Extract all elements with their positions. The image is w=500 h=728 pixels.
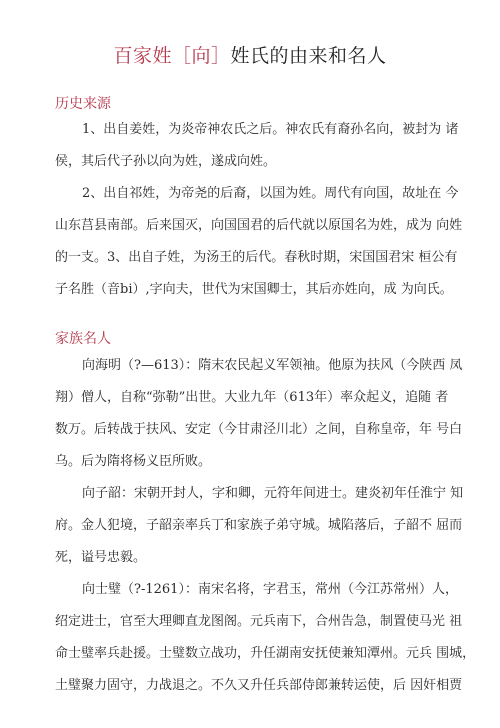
text-line: 2、出自祁姓，为帝尧的后裔，以国为姓。周代有向国，故址在 今: [55, 178, 433, 210]
section-heading-history: 历史来源: [55, 95, 111, 113]
title-accent: 百家姓［向］: [113, 45, 230, 67]
page-title: 百家姓［向］姓氏的由来和名人: [0, 44, 500, 68]
paragraph-origin-1: 1、出自姜姓，为炎帝神农氏之后。神农氏有裔孙名向，被封为 诸 侯，其后代子孙以向…: [55, 114, 433, 178]
text-line: 的一支。3、出自子姓，为汤王的后代。春秋时期，宋国国君宋 桓公有: [55, 242, 433, 274]
title-rest: 姓氏的由来和名人: [231, 45, 387, 67]
text-line: 山东莒县南部。后来国灭，向国国君的后代就以原国名为姓，成为 向姓: [55, 210, 433, 242]
paragraph-xiang-haiming: 向海明（?—613）：隋末农民起义军领袖。他原为扶风（今陕西 凤 翔）僧人，自称…: [55, 350, 433, 478]
text-line: 向海明（?—613）：隋末农民起义军领袖。他原为扶风（今陕西 凤: [55, 350, 433, 382]
text-line: 数万。后转战于扶风、安定（今甘肃泾川北）之间，自称皇帝，年 号白: [55, 414, 433, 446]
text-line: 侯，其后代子孙以向为姓，遂成向姓。: [55, 146, 433, 178]
text-line: 命士璧率兵赴援。士璧数立战功，升任湖南安抚使兼知潭州。元兵 围城，: [55, 638, 433, 670]
text-line: 向士璧（?-1261）：南宋名将，字君玉，常州（今江苏常州）人，: [55, 574, 433, 606]
paragraph-xiang-shibi: 向士璧（?-1261）：南宋名将，字君玉，常州（今江苏常州）人， 绍定进士，官至…: [55, 574, 433, 702]
text-line: 子名胜（音bi）,字向夫，世代为宋国卿士，其后亦姓向，成 为向氏。: [55, 274, 433, 306]
document-page: 百家姓［向］姓氏的由来和名人 历史来源 1、出自姜姓，为炎帝神农氏之后。神农氏有…: [0, 0, 500, 728]
text-line: 翔）僧人，自称“弥勒”出世。大业九年（613年）率众起义，追随 者: [55, 382, 433, 414]
section-heading-notables: 家族名人: [55, 330, 111, 348]
text-line: 1、出自姜姓，为炎帝神农氏之后。神农氏有裔孙名向，被封为 诸: [55, 114, 433, 146]
text-line: 土璧聚力固守，力战退之。不久又升任兵部侍郎兼转运使，后 因奸相贾: [55, 670, 433, 702]
text-line: 乌。后为隋将杨义臣所败。: [55, 446, 433, 478]
paragraph-xiang-zishao: 向子韶：宋朝开封人，字和卿，元符年间进士。建炎初年任淮宁 知 府。金人犯境，子韶…: [55, 478, 433, 574]
text-line: 绍定进士，官至大理卿直龙图阁。元兵南下，合州告急，制置使马光 祖: [55, 606, 433, 638]
text-line: 死，谥号忠毅。: [55, 542, 433, 574]
paragraph-origin-2: 2、出自祁姓，为帝尧的后裔，以国为姓。周代有向国，故址在 今 山东莒县南部。后来…: [55, 178, 433, 306]
text-line: 府。金人犯境，子韶亲率兵丁和家族子弟守城。城陷落后，子韶不 屈而: [55, 510, 433, 542]
text-line: 向子韶：宋朝开封人，字和卿，元符年间进士。建炎初年任淮宁 知: [55, 478, 433, 510]
